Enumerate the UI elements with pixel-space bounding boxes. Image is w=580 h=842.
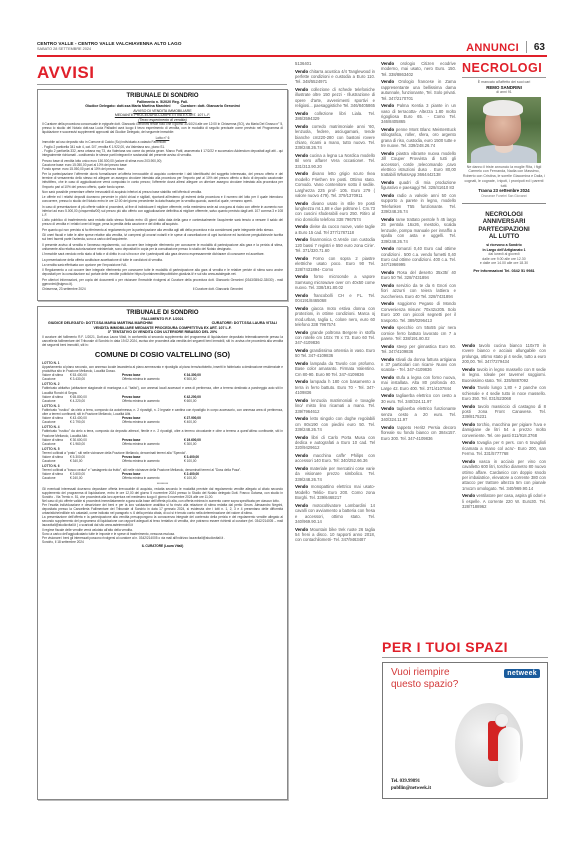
cauzione-value: € 4.220,00 [70,399,122,403]
ad-lead: Vendo [295,224,308,229]
ad-lead: Vendo [381,406,394,411]
cauzione-value: € 340,00 [70,459,122,463]
promo-contact: Tel. 039.99891 publlin@netweek.it [391,779,431,792]
classified-ad: Vendo Palma Kentia 3 piante in un vaso d… [381,103,456,125]
ad-text: Tavolo lungo 1,80 + 2 panche con schiena… [462,385,546,401]
cauzione-label: Cauzione [42,442,70,446]
necrologi-underline [462,77,546,78]
classified-ad: Vendo lampada da Tavolo con profumo. Bas… [295,361,375,377]
classified-ad: Vendo cucina a legna La Nordica modello … [295,153,375,169]
ad-lead: Vendo [295,453,308,458]
spazi-title: PER I TUOI SPAZI [382,639,508,655]
ad-lead: Vendo [462,343,475,348]
classified-ad: Vendo lampada h 180 con basamento a terr… [295,379,375,395]
ad-text: ventilatore per casa, aspira gli odori e… [462,493,546,509]
lot-3: LOTTO N. 3 Fabbricato "rustico" da cielo… [42,404,283,424]
signature: Il Curatore dott. Giancarlo Geronimi [193,287,243,291]
info-title-line: PARTECIPAZIONI [462,226,546,233]
classified-ad: Vendo Forno con sopra 2 piastre elettric… [295,256,375,272]
signature-row: Chiavenna, 23 settembre 2024 Il Curatore… [42,287,283,291]
ad-lead: Vendo [381,103,394,108]
classified-ad: Vendo collezione di schede telefoniche i… [295,87,375,109]
classifieds-column-3: Vendo tavolo cucina bianco 110x70 in rov… [462,343,546,512]
notice-paragraph: Non sarà possibile presentare offerte ir… [42,190,283,194]
obituary: È mancato all'affetto dei suoi cari REMO… [462,80,546,273]
ad-lead: Vendo [381,217,394,222]
deceased-age: di anni 91 [462,90,546,95]
info-title-line: NECROLOGI [462,211,546,218]
figure-illustration [498,727,520,783]
avvisi-title: AVVISI [37,63,94,83]
court-name: TRIBUNALE DI SONDRIO [42,310,283,317]
cauzione-label: Cauzione [42,399,70,403]
classified-ad: Vendo soggiorno Pegaso di Mondo Convenie… [381,301,456,323]
notice-paragraph: Gli eventuali interessati dovranno depos… [42,487,283,499]
ad-lead: Vendo [295,306,308,311]
ad-lead: Vendo [295,69,308,74]
ad-lead: Vendo [381,375,394,380]
deceased-photo [467,97,541,163]
notice-intro: Il Curatore della procedura concorsuale … [42,122,283,134]
ad-lead: Vendo [295,293,308,298]
separator-stars: ********* [42,482,283,486]
ad-text: tovaglia per 6 pers. con 6 tovaglioli ri… [462,440,546,456]
lot-6: LOTTO N. 6 Terreni coltivati a "bosco ce… [42,464,283,480]
promo-headline: Vuoi riempire questo spazio? [391,667,458,691]
offerta-label: Offerta minima in aumento [122,442,184,446]
ad-lead: Vendo [462,493,475,498]
ad-lead: Vendo [295,124,308,129]
notice-paragraph: La presentazione dell'offerta e la parte… [42,515,283,527]
promo-headline-line: questo spazio? [391,679,458,691]
classified-ad: Vendo grande poltrona Bergere in stoffa … [295,330,375,346]
classified-ad: Vendo penne Mont Blanc Meisterstuck stil… [381,127,456,149]
classified-ad: Vendo Tavolo lungo 1,80 + 2 panche con s… [462,385,546,401]
classified-ad: Vendo rame trattato pentole h 45 largo 2… [381,217,456,244]
lot-description: Fabbricato "rustico" da cielo a terra, c… [42,429,283,437]
classified-ad: Vendo libri di Carlo Porta Musa con dedi… [295,435,375,451]
section-label: ANNUNCI [466,42,519,54]
ad-lead: Vendo [381,425,394,430]
ad-lead: Vendo [462,385,475,390]
classifieds-column-1: 5136401 Vendo chitarra acustica 4/4 Tang… [295,61,375,545]
offerta-value: € 500,00 [184,377,196,381]
comune-heading: COMUNE DI COSIO VALTELLINO (SO) [42,350,283,359]
ad-text: tavolo massiccio di castagno di 8 posti … [462,404,546,420]
notice-intro: Il curatore del fallimento R.F. 1/2021, … [42,335,283,347]
classified-ad: Vendo tagliaerba elettrico con cesto a 3… [381,393,456,404]
ad-lead: Vendo [295,171,308,176]
figure-head [495,713,509,727]
place-date: Chiavenna, 23 settembre 2024 [42,287,86,291]
ad-lead: Vendo [295,111,308,116]
ad-lead: Vendo [295,435,308,440]
classified-ad: Vendo ventilatore per casa, aspira gli o… [462,493,546,509]
ad-lead: Vendo [381,393,394,398]
cauzione-label: Cauzione [42,377,70,381]
classified-ad: Vendo divise da cuoco nuove, varie tagli… [295,224,375,235]
ad-lead: Vendo [381,283,394,288]
classified-ad: Vendo stufa a legna con forno nuova, mai… [381,375,456,391]
offerta-value: € 100,00 [184,476,196,480]
office-address: in Largo dell'Artigianato 1 [482,248,525,252]
avvisi-underline [37,84,287,85]
classified-ad: Vendo tavolo cucina bianco 110x70 in rov… [462,343,546,365]
ad-lead: Vendo [381,79,394,84]
cauzione-value: € 1.960,00 [70,442,122,446]
notice-paragraph: - Foglio 2 particella 332, area urbana m… [42,149,283,157]
notice-paragraph: Per quanto qui non previsto si fa riferi… [42,228,283,232]
ad-lead: Vendo [295,237,308,242]
classified-ad: Vendo tagliaerba elettrico funzionante s… [381,406,456,422]
page-header: CENTRO VALLE - CENTRO VALLE VALCHIAVENNA… [37,41,547,55]
classified-ad: Vendo tavolo massiccio di castagno di 8 … [462,404,546,420]
classified-ad: Vendo specchio cm 55x55 piu' nera cornic… [381,325,456,341]
court-name: TRIBUNALE DI SONDRIO [42,93,283,100]
classified-ad: Vendo steep per ginnastica Euro 60. Tel.… [381,344,456,355]
ad-lead: Vendo [462,404,475,409]
notice-paragraph: In caso di presentazione di più offerte … [42,205,283,217]
notice-paragraph: Il presente avviso di vendita e l'anness… [42,243,283,251]
classified-ad: Vendo chitarra acustica 4/4 Tanglewood i… [295,69,375,85]
obituary-announcement: Ne danno il triste annuncio la moglie Ri… [462,165,546,189]
ad-text: tavolo in legno massello con 8 sedie in … [462,367,546,383]
ad-text: torchio, macchina per pigiare l'uva e da… [462,422,546,438]
ad-lead: Vendo [381,270,394,275]
spazi-underline [382,657,548,658]
cauzione-value: € 3.430,00 [70,377,122,381]
classified-ad: Vendo tappeto Heritz Persia decoro flore… [381,425,456,441]
legal-notice-box-2: TRIBUNALE DI SONDRIO FALLIMENTO R.F. 1/2… [37,306,288,800]
classified-ad: Vendo motocoltivatore Lombardini 14 cava… [295,503,375,525]
info-title-line: ANNIVERSARI [462,218,546,225]
notice-paragraph: Le offerte ed i relativi depositi dovran… [42,195,283,203]
header-divider [526,41,527,53]
classified-ad: Vendo romanzi 0,40 Euro cad ottime condi… [381,246,456,268]
offerta-value: € 600,00 [184,399,196,403]
lot-description: Appartamento al piano secondo, con annes… [42,365,283,373]
ad-lead: Vendo [295,330,308,335]
ad-lead: Vendo [295,503,308,508]
ad-lead: Vendo [295,201,308,206]
classified-ad: Vendo orologio Citizen ecodrive moderno,… [381,61,456,77]
notice-paragraph: Immobile ad uso deposito sito in Comune … [42,140,283,144]
notice-paragraph: Per la partecipazione l'offerente dovrà … [42,172,283,188]
classified-ad: Vendo fisarmonica G.Verde con custodia 1… [295,237,375,253]
notice-paragraph: La presentazione della offerta costituis… [42,258,283,262]
classified-ad: Vendo tovaglia per 6 pers. con 6 tovagli… [462,440,546,456]
cauzione-label: Cauzione [42,420,70,424]
cauzione-value: € 2.790,00 [70,420,122,424]
page-number: 63 [534,42,545,53]
offerta-label: Offerta minima in aumento [122,459,184,463]
ad-lead: Vendo [462,440,475,445]
classified-ad: Vendo macchina caffe' Philips con access… [295,453,375,464]
ad-lead: Vendo [381,151,394,156]
ad-lead: Vendo [295,379,308,384]
notice-paragraph: Per ulteriori informazioni, per copia de… [42,278,283,286]
ad-lead: Vendo [381,127,394,132]
classified-ad: Vendo radio a valvole anni 50 con suppor… [381,193,456,215]
header-rule [37,55,547,57]
ad-lead: Vendo [381,246,394,251]
ad-lead: Vendo [295,87,308,92]
notice-paragraph: L'atto pubblico di trasferimento sarà re… [42,218,283,226]
offerta-label: Offerta minima in aumento [122,420,184,424]
ad-lead: Vendo [295,416,308,421]
office-info: si ricevono a Sondrio in Largo dell'Arti… [462,243,546,266]
notice-paragraph: La vendita sarà effettuata con opzione p… [42,263,283,267]
ad-lead: Vendo [381,61,394,66]
lot-4: LOTTO N. 4 Fabbricato "rustico" da cielo… [42,425,283,445]
classified-ad: Vendo divano usato in stile tre posti lu… [295,201,375,223]
divider [462,203,546,204]
ad-lead: Vendo [295,527,308,532]
ad-lead: Vendo [295,466,308,471]
ad-lead: Vendo [295,484,308,489]
classified-ad: Vendo Mountain bike trek ruote 26 taglia… [295,527,375,543]
office-city: si ricevono a Sondrio [486,243,522,247]
offerta-value: € 400,00 [184,420,196,424]
notice-paragraph: Gli oneri fiscali e tutte le altre spese… [42,233,283,241]
offerta-label: Offerta minima in aumento [122,476,184,480]
classified-ad: Vendo corredo matrimoniale anni '60, len… [295,124,375,151]
ad-lead: Vendo [295,274,308,279]
ad-lead: Vendo [295,256,308,261]
classified-ad: Vendo torchio, macchina per pigiare l'uv… [462,422,546,438]
classified-ad: Vendo francobolli CH e FL. Tel. 004191/8… [295,293,375,304]
notice-paragraph: Il Regolamento a cui occorre fare integr… [42,268,283,276]
lot-2: LOTTO N. 2 Fabbricato abitativo (abitazi… [42,382,283,402]
classified-ad: Vendo servizio da te da 6 Gnori con fior… [381,283,456,299]
offerta-value: € 300,00 [184,442,196,446]
ad-text: tavolo cucina bianco 110x70 in rovere bi… [462,343,546,364]
ad-lead: Vendo [381,301,394,306]
classified-ad: Vendo piastra vibrante nuova modello Jil… [381,151,456,178]
promo-headline-line: Vuoi riempire [391,667,458,679]
legal-notice-box-1: TRIBUNALE DI SONDRIO Fallimento n. 5/202… [37,89,288,301]
classified-ad: Vendo monopattino elettrico mai usato- M… [295,484,375,500]
advertising-promo[interactable]: Vuoi riempire questo spazio? netweek Tel… [382,662,548,799]
lot-description: Fabbricato "rustico" da cielo a terra, c… [42,408,283,416]
signature: IL CURATORE (Laura Vitali) [42,544,283,548]
ad-lead: Vendo [295,361,308,366]
ad-lead: Vendo [295,153,308,158]
promo-email[interactable]: publlin@netweek.it [391,786,431,792]
lot-5: LOTTO N. 5 Terreni coltivati a "prato", … [42,447,283,463]
notice-paragraph: L'immobile sarà venduto nello stato di f… [42,252,283,256]
cauzione-label: Cauzione [42,476,70,480]
ad-lead: Vendo [462,459,475,464]
ad-lead: Vendo [381,325,394,330]
classified-ad: Vendo divano letto grigio scuro Ikea mod… [295,171,375,198]
cauzione-label: Cauzione [42,459,70,463]
classified-ad: Vendo letto singolo con doghe regolabili… [295,416,375,432]
necrologi-title: NECROLOGI [462,61,542,75]
netweek-logo: netweek [504,669,540,678]
info-phone: Per informazioni Tel. 0342 51 9981 [462,269,546,273]
lot-description: Fabbricato abitativo (abitazione stagion… [42,386,283,394]
classified-ad: Vendo lenzuola matrimoniali e tovaglie l… [295,398,375,414]
classified-ad: Vendo stivali da donna fattura artigiana… [381,357,456,373]
classified-ad: Vendo quadri di mia produzione figurativ… [381,180,456,191]
funeral-home: Onoranze Funebri San Giovanni [462,194,546,198]
ad-lead: Vendo [462,422,475,427]
classified-ad: Vendo materiale per mercatini cose varie… [295,466,375,482]
info-title-line: AL LUTTO [462,233,546,240]
ad-lead: Vendo [381,193,394,198]
classified-ad: Vendo Rosa del deserto 35x35/ 40 Euro 50… [381,270,456,281]
classifieds-column-2: Vendo orologio Citizen ecodrive moderno,… [381,61,456,443]
ad-lead: Vendo [295,398,308,403]
ad-lead: Vendo [381,357,394,362]
ad-lead: Vendo [381,180,394,185]
lot-1: LOTTO N. 1 Appartamento al piano secondo… [42,361,283,381]
classified-ad: Vendo forno microonde a vapore Samsung m… [295,274,375,290]
offerta-label: Offerta minima in aumento [122,377,184,381]
classified-ad: Vendo tavolo in legno massello con 8 sed… [462,367,546,383]
classified-ad: Vendo vasca in acciaio per vino con cava… [462,459,546,491]
offerta-value: € 100,00 [184,459,196,463]
notice-paragraph: Fondo spese: euro 15.050,00 pari al 10% … [42,167,283,171]
ad-lead: Vendo [381,344,394,349]
classified-ad: Vendo grandissima ortensia in vaso. Euro… [295,348,375,359]
ad-text: 5136401 [295,61,311,66]
notice-paragraph: Per l'esatta individuazione e descrizion… [42,503,283,515]
classified-ad: Vendo Orologio francese in Zama rapprese… [381,79,456,101]
classified-ad: Vendo giacca moto estiva donna con prote… [295,306,375,328]
ad-lead: Vendo [462,367,475,372]
ad-text: vasca in acciaio per vino con cavalletto… [462,459,546,491]
cauzione-value: € 240,00 [70,476,122,480]
ad-lead: Vendo [295,348,308,353]
classified-ad: Vendo collezione libri Liala. Tel. 386/3… [295,111,375,122]
classified-ad: 5136401 [295,61,375,66]
offerta-label: Offerta minima in aumento [122,399,184,403]
office-hours: e dalle ore 14.00 alle ore 18.30 [462,261,546,266]
